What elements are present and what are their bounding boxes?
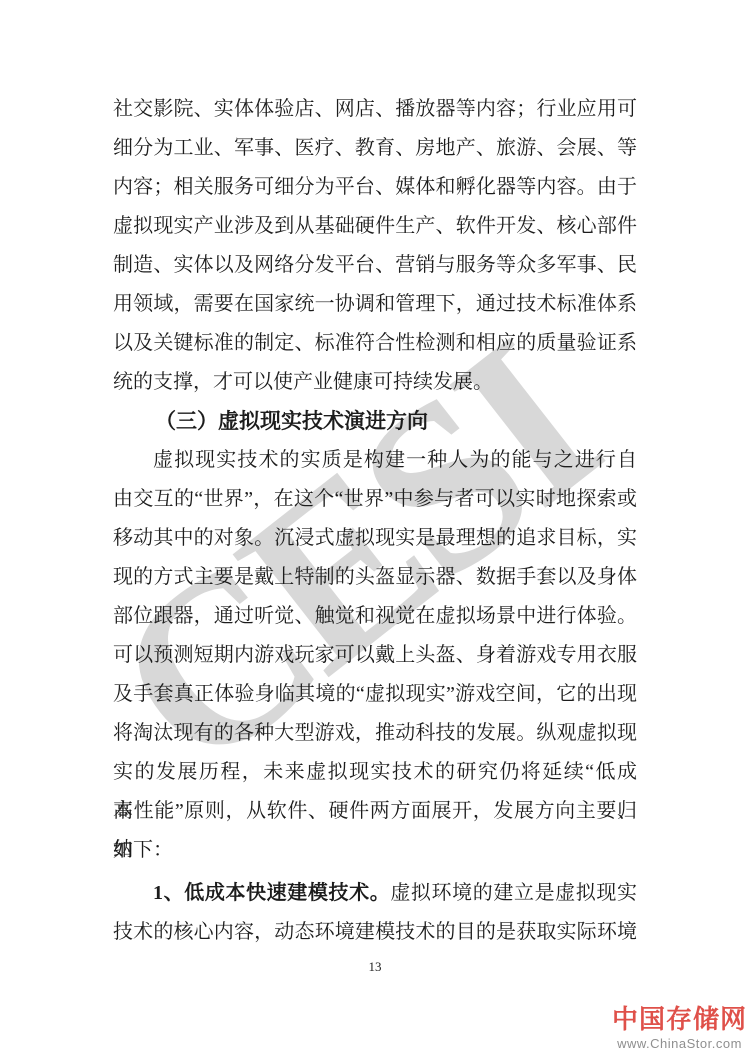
text-line: 虚拟现实产业涉及到从基础硬件生产、软件开发、核心部件 (113, 207, 637, 246)
text-line: 统的支撑，才可以使产业健康可持续发展。 (113, 363, 637, 402)
text-line: 实的发展历程，未来虚拟现实技术的研究仍将延续“低成本、 (113, 753, 637, 792)
text-line: 及手套真正体验身临其境的“虚拟现实”游戏空间，它的出现 (113, 675, 637, 714)
text-line: 高性能”原则，从软件、硬件两方面展开，发展方向主要归纳 (113, 792, 637, 831)
numbered-point-title: 1、低成本快速建模技术。 (153, 882, 390, 904)
text-line: 技术的核心内容，动态环境建模技术的目的是获取实际环境 (113, 913, 637, 952)
text-line: 由交互的“世界”，在这个“世界”中参与者可以实时地探索或 (113, 480, 637, 519)
text-line: 以及关键标准的制定、标准符合性检测和相应的质量验证系 (113, 324, 637, 363)
section-heading: （三）虚拟现实技术演进方向 (113, 402, 637, 441)
text-line: 虚拟现实技术的实质是构建一种人为的能与之进行自 (113, 441, 637, 480)
site-name: 中国存储网 (612, 1004, 747, 1035)
text-line: 内容；相关服务可细分为平台、媒体和孵化器等内容。由于 (113, 168, 637, 207)
numbered-point-body: 虚拟环境的建立是虚拟现实 (390, 882, 637, 904)
site-url: www.ChinaStor.com (612, 1036, 747, 1052)
text-line: 将淘汰现有的各种大型游戏，推动科技的发展。纵观虚拟现 (113, 714, 637, 753)
text-line: 细分为工业、军事、医疗、教育、房地产、旅游、会展、等 (113, 129, 637, 168)
text-line: 如下： (113, 831, 637, 870)
text-line: 社交影院、实体体验店、网店、播放器等内容；行业应用可 (113, 90, 637, 129)
text-line: 制造、实体以及网络分发平台、营销与服务等众多军事、民 (113, 246, 637, 285)
text-line: 移动其中的对象。沉浸式虚拟现实是最理想的追求目标，实 (113, 519, 637, 558)
text-line: 可以预测短期内游戏玩家可以戴上头盔、身着游戏专用衣服 (113, 636, 637, 675)
document-page: CESI 社交影院、实体体验店、网店、播放器等内容；行业应用可 细分为工业、军事… (0, 0, 750, 1060)
text-line: 用领域，需要在国家统一协调和管理下，通过技术标准体系 (113, 285, 637, 324)
text-line: 1、低成本快速建模技术。虚拟环境的建立是虚拟现实 (113, 874, 637, 913)
document-body: 社交影院、实体体验店、网店、播放器等内容；行业应用可 细分为工业、军事、医疗、教… (113, 90, 637, 952)
text-line: 部位跟器，通过听觉、触觉和视觉在虚拟场景中进行体验。 (113, 597, 637, 636)
page-number: 13 (0, 959, 750, 975)
site-watermark: 中国存储网 www.ChinaStor.com (612, 1004, 747, 1052)
text-line: 现的方式主要是戴上特制的头盔显示器、数据手套以及身体 (113, 558, 637, 597)
